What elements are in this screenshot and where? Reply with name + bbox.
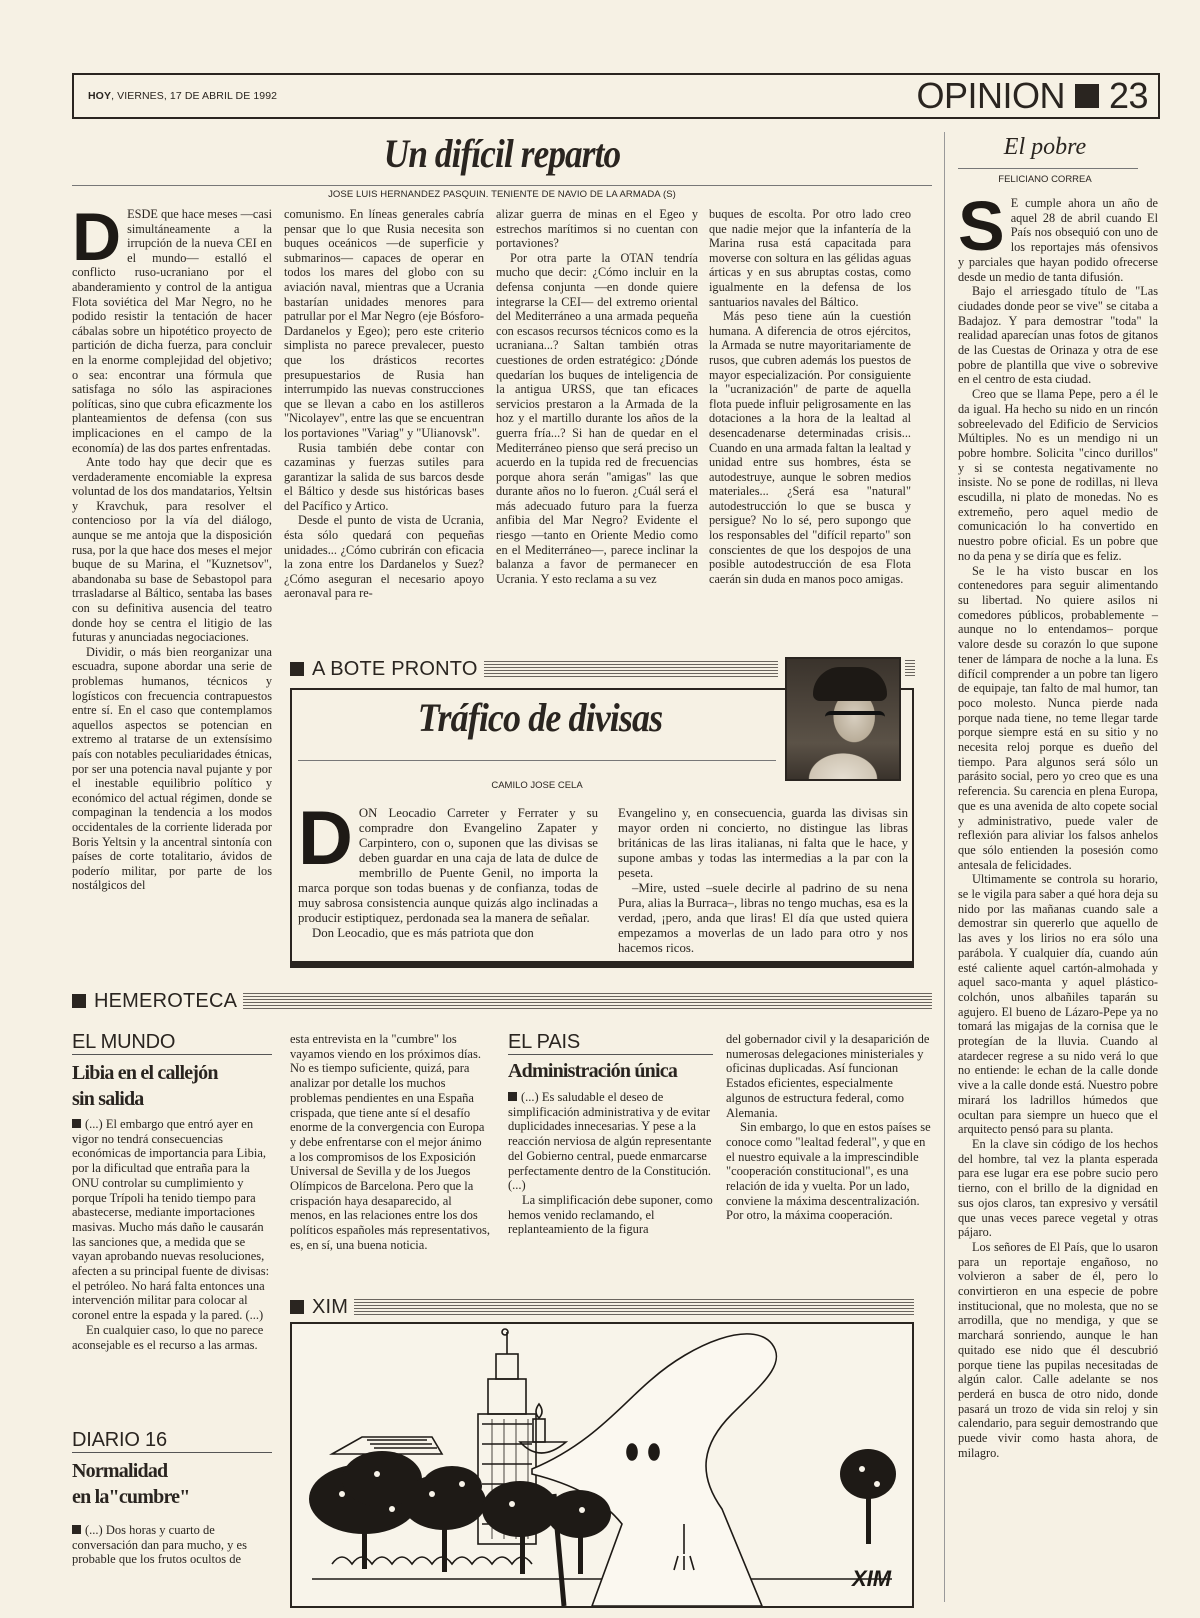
page-number: 23 xyxy=(1109,76,1148,116)
author-photo xyxy=(785,657,901,781)
paragraph: DESDE que hace meses —casi simultáneamen… xyxy=(72,207,272,455)
paragraph: En la clave sin código de los hechos del… xyxy=(958,1137,1158,1240)
paragraph: del gobernador civil y la desaparición d… xyxy=(726,1032,931,1120)
right-article-title: El pobre xyxy=(950,132,1140,162)
cartoon-illustration: XIM xyxy=(290,1322,914,1608)
section-label: XIM xyxy=(312,1296,348,1318)
paragraph: buques de escolta. Por otro lado creo qu… xyxy=(709,207,911,309)
main-article-column-1: DESDE que hace meses —casi simultáneamen… xyxy=(72,207,272,893)
el-pais-text-col-2: del gobernador civil y la desaparición d… xyxy=(726,1032,931,1223)
cartoon-drawing: XIM xyxy=(292,1324,912,1606)
right-article-body: SE cumple ahora un año de aquel 28 de ab… xyxy=(958,196,1158,1460)
square-bullet-icon xyxy=(508,1092,517,1101)
paragraph: Ante todo hay que decir que es verdadera… xyxy=(72,455,272,645)
headline-el-mundo: Libia en el callejón sin salida xyxy=(72,1060,282,1112)
main-article-title: Un difícil reparto xyxy=(124,128,881,180)
ruled-lines xyxy=(484,661,778,678)
drop-cap: S xyxy=(958,198,1005,254)
boxed-article-column-1: DON Leocadio Carreter y Ferrater y su co… xyxy=(298,806,598,941)
paragraph: Evangelino y, en consecuencia, guarda la… xyxy=(618,806,908,881)
paragraph: –Mire, usted –suele decirle al padrino d… xyxy=(618,881,908,956)
dateline: HOY, VIERNES, 17 DE ABRIL DE 1992 xyxy=(88,90,277,102)
paragraph: Sin embargo, lo que en estos países se c… xyxy=(726,1120,931,1223)
divider xyxy=(72,185,932,186)
square-bullet-icon xyxy=(290,1300,304,1314)
section-label: HEMEROTECA xyxy=(94,990,237,1012)
newspaper-name-el-pais: EL PAIS xyxy=(508,1030,713,1055)
paragraph: Dividir, o más bien reorganizar una escu… xyxy=(72,645,272,893)
diario-16-text-col-2: esta entrevista en la "cumbre" los vayam… xyxy=(290,1032,490,1253)
square-bullet-icon xyxy=(1075,84,1099,108)
paragraph: SE cumple ahora un año de aquel 28 de ab… xyxy=(958,196,1158,284)
paragraph: Los señores de El País, que lo usaron pa… xyxy=(958,1240,1158,1461)
newspaper-name-el-mundo: EL MUNDO xyxy=(72,1030,272,1055)
section-label: A BOTE PRONTO xyxy=(312,658,478,680)
square-bullet-icon xyxy=(72,1525,81,1534)
cartoon-signature: XIM xyxy=(850,1566,892,1591)
paragraph: Don Leocadio, que es más patriota que do… xyxy=(298,926,598,941)
boxed-article-byline: CAMILO JOSE CELA xyxy=(298,780,776,791)
square-bullet-icon xyxy=(72,1119,81,1128)
paragraph: Rusia también debe contar con cazaminas … xyxy=(284,441,484,514)
square-bullet-icon xyxy=(290,662,304,676)
main-article-column-4: buques de escolta. Por otro lado creo qu… xyxy=(709,207,911,586)
paragraph: Desde el punto de vista de Ucrania, ésta… xyxy=(284,513,484,601)
headline-el-pais: Administración única xyxy=(508,1058,723,1084)
el-pais-text-col-1: (...) Es saludable el deseo de simplific… xyxy=(508,1090,713,1237)
right-article-byline: FELICIANO CORREA xyxy=(950,174,1140,185)
headline-diario-16: Normalidad en la"cumbre" xyxy=(72,1458,282,1510)
paragraph: Ultimamente se controla su horario, se l… xyxy=(958,872,1158,1137)
main-article-column-3: alizar guerra de minas en el Egeo y estr… xyxy=(496,207,698,586)
paragraph: La simplificación debe suponer, como hem… xyxy=(508,1193,713,1237)
main-article-column-2: comunismo. En líneas generales cabría pe… xyxy=(284,207,484,601)
paragraph: esta entrevista en la "cumbre" los vayam… xyxy=(290,1032,490,1253)
section-name: OPINION xyxy=(916,76,1065,116)
section-label: OPINION 23 xyxy=(916,76,1148,116)
paragraph: alizar guerra de minas en el Egeo y estr… xyxy=(496,207,698,251)
paragraph: Por otra parte la OTAN tendría mucho que… xyxy=(496,251,698,587)
square-bullet-icon xyxy=(72,994,86,1008)
ruled-lines xyxy=(905,660,915,677)
section-header-a-bote-pronto: A BOTE PRONTO xyxy=(290,658,778,680)
ruled-lines xyxy=(354,1299,914,1316)
paragraph: (...) Dos horas y cuarto de conversación… xyxy=(72,1523,277,1567)
drop-cap: D xyxy=(298,808,353,870)
page-header: HOY, VIERNES, 17 DE ABRIL DE 1992 OPINIO… xyxy=(72,73,1160,119)
main-article-byline: JOSE LUIS HERNANDEZ PASQUIN. TENIENTE DE… xyxy=(72,189,932,200)
paragraph: Bajo el arriesgado título de "Las ciudad… xyxy=(958,284,1158,387)
paragraph: (...) Es saludable el deseo de simplific… xyxy=(508,1090,713,1193)
boxed-article-column-2: Evangelino y, en consecuencia, guarda la… xyxy=(618,806,908,956)
column-divider xyxy=(944,132,945,1602)
paragraph: (...) El embargo que entró ayer en vigor… xyxy=(72,1117,277,1323)
paragraph: Creo que se llama Pepe, pero a él le da … xyxy=(958,387,1158,563)
diario-16-text-col-1: (...) Dos horas y cuarto de conversación… xyxy=(72,1523,277,1567)
paragraph: DON Leocadio Carreter y Ferrater y su co… xyxy=(298,806,598,926)
paragraph: En cualquier caso, lo que no parece acon… xyxy=(72,1323,277,1352)
drop-cap: D xyxy=(72,209,121,265)
paragraph: Más peso tiene aún la cuestión humana. A… xyxy=(709,309,911,586)
ruled-lines xyxy=(243,993,932,1010)
newspaper-name-diario-16: DIARIO 16 xyxy=(72,1428,272,1453)
boxed-article-title: Tráfico de divisas xyxy=(324,694,756,742)
divider xyxy=(298,760,776,761)
section-header-hemeroteca: HEMEROTECA xyxy=(72,990,932,1012)
paragraph: comunismo. En líneas generales cabría pe… xyxy=(284,207,484,441)
el-mundo-text: (...) El embargo que entró ayer en vigor… xyxy=(72,1117,277,1352)
paragraph: Se le ha visto buscar en los contenedore… xyxy=(958,564,1158,873)
date: , VIERNES, 17 DE ABRIL DE 1992 xyxy=(111,90,277,102)
section-header-xim: XIM xyxy=(290,1296,914,1318)
divider xyxy=(958,168,1138,169)
paper-name: HOY xyxy=(88,90,111,102)
